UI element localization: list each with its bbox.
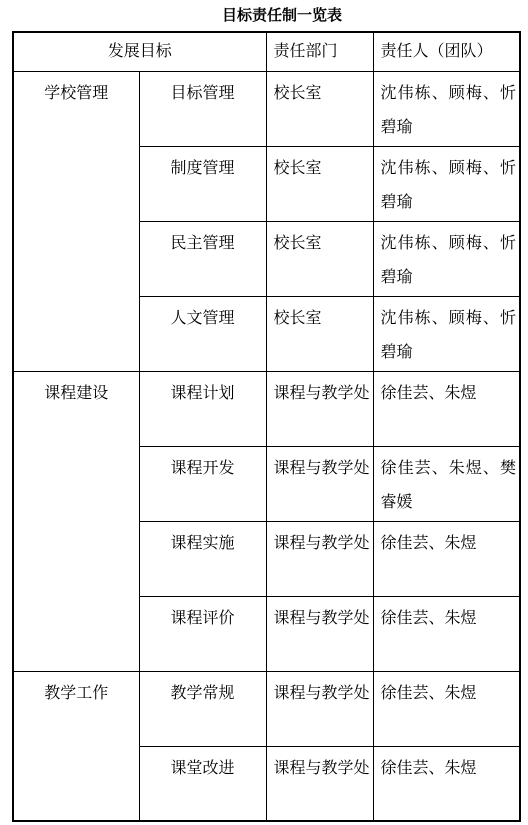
department-cell: 课程与教学处 <box>266 746 373 821</box>
goal-cell: 人文管理 <box>139 296 266 371</box>
person-cell: 徐佳芸、朱煜、樊睿媛 <box>373 446 520 521</box>
header-development-goal: 发展目标 <box>13 32 266 71</box>
goal-cell: 教学常规 <box>139 671 266 746</box>
goal-cell: 目标管理 <box>139 71 266 146</box>
goal-cell: 课程计划 <box>139 371 266 446</box>
header-department: 责任部门 <box>266 32 373 71</box>
goal-cell: 课程开发 <box>139 446 266 521</box>
department-cell: 课程与教学处 <box>266 446 373 521</box>
person-cell: 徐佳芸、朱煜 <box>373 371 520 446</box>
department-cell: 校长室 <box>266 146 373 221</box>
goal-cell: 民主管理 <box>139 221 266 296</box>
category-cell: 课程建设 <box>13 371 139 671</box>
category-cell: 教学工作 <box>13 671 139 821</box>
department-cell: 校长室 <box>266 296 373 371</box>
goal-cell: 课堂改进 <box>139 746 266 821</box>
person-cell: 徐佳芸、朱煜 <box>373 746 520 821</box>
page-title: 目标责任制一览表 <box>0 0 528 25</box>
person-cell: 沈伟栋、顾梅、忻碧瑜 <box>373 296 520 371</box>
goal-cell: 制度管理 <box>139 146 266 221</box>
person-cell: 徐佳芸、朱煜 <box>373 671 520 746</box>
goal-cell: 课程评价 <box>139 596 266 671</box>
category-cell: 学校管理 <box>13 71 139 371</box>
responsibility-table: 发展目标 责任部门 责任人（团队） 学校管理 目标管理 校长室 沈伟栋、顾梅、忻… <box>12 31 521 822</box>
header-person: 责任人（团队） <box>373 32 520 71</box>
person-cell: 沈伟栋、顾梅、忻碧瑜 <box>373 146 520 221</box>
goal-cell: 课程实施 <box>139 521 266 596</box>
department-cell: 课程与教学处 <box>266 521 373 596</box>
table-header-row: 发展目标 责任部门 责任人（团队） <box>13 32 520 71</box>
person-cell: 沈伟栋、顾梅、忻碧瑜 <box>373 221 520 296</box>
department-cell: 校长室 <box>266 221 373 296</box>
department-cell: 课程与教学处 <box>266 371 373 446</box>
person-cell: 徐佳芸、朱煜 <box>373 521 520 596</box>
table-row: 学校管理 目标管理 校长室 沈伟栋、顾梅、忻碧瑜 <box>13 71 520 146</box>
person-cell: 徐佳芸、朱煜 <box>373 596 520 671</box>
table-row: 教学工作 教学常规 课程与教学处 徐佳芸、朱煜 <box>13 671 520 746</box>
department-cell: 校长室 <box>266 71 373 146</box>
document-page: 目标责任制一览表 发展目标 责任部门 责任人（团队） 学校管理 目标管理 校长室… <box>0 0 528 825</box>
table-row: 课程建设 课程计划 课程与教学处 徐佳芸、朱煜 <box>13 371 520 446</box>
department-cell: 课程与教学处 <box>266 671 373 746</box>
department-cell: 课程与教学处 <box>266 596 373 671</box>
person-cell: 沈伟栋、顾梅、忻碧瑜 <box>373 71 520 146</box>
